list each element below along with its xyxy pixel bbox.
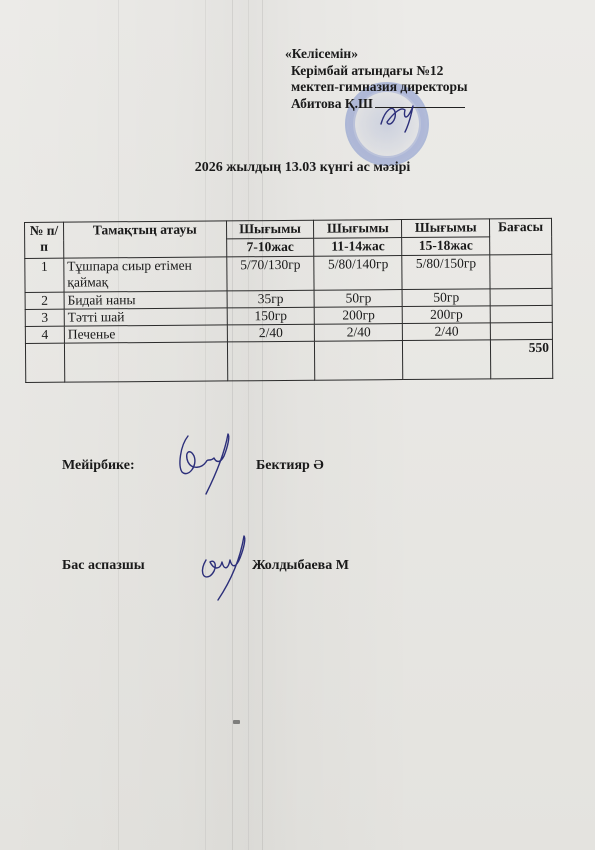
- chef-name: Жолдыбаева М: [252, 558, 349, 574]
- row-dish-name: Тәтті шай: [64, 308, 227, 326]
- row-portion: 50гр: [402, 289, 490, 307]
- paper-background: [0, 0, 595, 850]
- row-portion: 2/40: [227, 324, 315, 342]
- row-price: [490, 288, 552, 305]
- total-price: 550: [491, 339, 553, 378]
- scan-streak: [118, 0, 119, 850]
- row-price: [490, 254, 552, 288]
- row-number: 2: [25, 292, 64, 309]
- scan-streak: [248, 0, 249, 850]
- nurse-signature-icon: [158, 426, 238, 498]
- row-portion: 200гр: [315, 307, 403, 325]
- row-dish-name: Бидай наны: [64, 291, 227, 309]
- row-number: 3: [25, 309, 64, 326]
- row-price: [490, 322, 552, 339]
- scan-streak: [262, 0, 263, 850]
- approval-label: «Келісемін»: [285, 46, 358, 61]
- header-output-2: Шығымы: [314, 220, 402, 239]
- row-portion: 200гр: [402, 306, 490, 324]
- table-row: 1 Тұшпара сиыр етімен қаймақ 5/70/130гр …: [25, 254, 552, 292]
- row-portion: 2/40: [315, 324, 403, 342]
- row-portion: 35гр: [227, 290, 315, 308]
- row-portion: 5/70/130гр: [226, 256, 314, 291]
- row-price: [490, 305, 552, 322]
- header-dish-name: Тамақтың атауы: [63, 221, 226, 258]
- row-number: 4: [25, 326, 64, 343]
- scan-mark: [233, 720, 240, 724]
- row-portion: 5/80/140гр: [314, 256, 402, 291]
- page-title: 2026 жылдың 13.03 күнгі ас мәзірі: [0, 160, 595, 176]
- row-portion: 2/40: [403, 323, 491, 341]
- row-portion: 50гр: [314, 290, 402, 308]
- chef-signature-icon: [196, 530, 252, 602]
- row-number: 1: [25, 258, 64, 292]
- table-total-row: 550: [25, 339, 552, 382]
- approval-line-3: Абитова Қ.Ш: [291, 96, 373, 111]
- row-portion: 5/80/150гр: [402, 255, 490, 290]
- row-dish-name: Тұшпара сиыр етімен қаймақ: [64, 257, 227, 292]
- header-age-group: 7-10жас: [226, 238, 314, 257]
- header-output-3: Шығымы: [402, 219, 490, 238]
- header-age-group: 11-14жас: [314, 238, 402, 257]
- header-price: Бағасы: [490, 218, 552, 254]
- director-signature-icon: [375, 92, 425, 137]
- menu-table: № п/п Тамақтың атауы Шығымы Шығымы Шығым…: [24, 218, 553, 383]
- row-dish-name: Печенье: [64, 325, 227, 343]
- scan-streak: [205, 0, 206, 850]
- row-portion: 150гр: [227, 307, 315, 325]
- nurse-name: Бектияр Ә: [256, 458, 324, 474]
- header-age-group: 15-18жас: [402, 237, 490, 256]
- approval-line-1: Керімбай атындағы №12: [285, 63, 468, 80]
- header-output-1: Шығымы: [226, 220, 314, 239]
- header-number: № п/п: [25, 222, 64, 258]
- nurse-label: Мейірбике:: [62, 458, 135, 474]
- chef-label: Бас аспазшы: [62, 558, 145, 574]
